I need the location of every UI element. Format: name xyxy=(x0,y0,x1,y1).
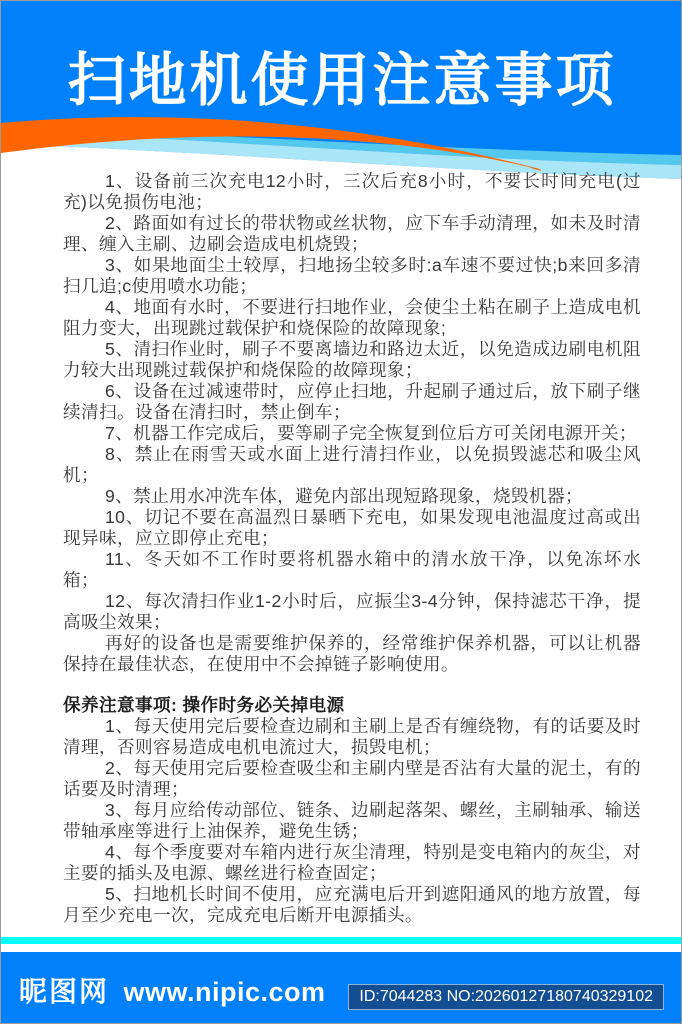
maintenance-item-2: 2、每天使用完后要检查吸尘和主刷内壁是否沾有大量的泥土，有的话要及时清理； xyxy=(63,758,641,800)
usage-item-11: 11、冬天如不工作时要将机器水箱中的清水放干净，以免冻坏水箱； xyxy=(63,549,641,591)
site-url-text: www.nipic.com xyxy=(123,977,325,1007)
watermark-bar: 昵图网 www.nipic.com ID:7044283 NO:20260127… xyxy=(1,952,682,1023)
usage-item-3: 3、如果地面尘土较厚，扫地扬尘较多时:a车速不要过快;b来回多清扫几追;c使用喷… xyxy=(63,255,641,297)
usage-item-5: 5、清扫作业时，刷子不要离墙边和路边太近，以免造成边刷电机阻力较大出现跳过载保护… xyxy=(63,339,641,381)
usage-item-4: 4、地面有水时，不要进行扫地作业，会使尘土粘在刷子上造成电机阻力变大，出现跳过载… xyxy=(63,297,641,339)
usage-item-2: 2、路面如有过长的带状物或丝状物，应下车手动清理，如未及时清理、缠入主刷、边刷会… xyxy=(63,213,641,255)
image-id-badge: ID:7044283 NO:20260127180740329102 xyxy=(348,984,664,1010)
usage-item-6: 6、设备在过减速带时，应停止扫地，升起刷子通过后，放下刷子继续清扫。设备在清扫时… xyxy=(63,381,641,423)
cyan-divider-strip xyxy=(1,937,682,944)
maintenance-item-5: 5、扫地机长时间不使用，应充满电后开到遮阳通风的地方放置，每月至少充电一次，完成… xyxy=(63,884,641,926)
maintenance-heading: 保养注意事项: 操作时务必关掉电源 xyxy=(63,695,641,716)
maintenance-item-3: 3、每月应给传动部位、链条、边刷起落架、螺丝，主刷轴承、输送带轴承座等进行上油保… xyxy=(63,800,641,842)
poster-body: 1、设备前三次充电12小时，三次后充8小时，不要长时间充电(过充)以免损伤电池；… xyxy=(63,171,641,926)
site-name-text: 昵图网 xyxy=(19,976,109,1007)
usage-item-8: 8、禁止在雨雪天或水面上进行清扫作业，以免损毁滤芯和吸尘风机； xyxy=(63,444,641,486)
usage-item-9: 9、禁止用水冲洗车体，避免内部出现短路现象，烧毁机器； xyxy=(63,486,641,507)
poster-title: 扫地机使用注意事项 xyxy=(1,49,682,113)
poster-root: 扫地机使用注意事项 1、设备前三次充电12小时，三次后充8小时，不要长时间充电(… xyxy=(0,0,682,1024)
usage-closing-note: 再好的设备也是需要维护保养的，经常维护保养机器，可以让机器保持在最佳状态，在使用… xyxy=(63,633,641,675)
usage-item-10: 10、切记不要在高温烈日暴晒下充电，如果发现电池温度过高或出现异味，应立即停止充… xyxy=(63,507,641,549)
usage-item-12: 12、每次清扫作业1-2小时后，应振尘3-4分钟，保持滤芯干净，提高吸尘效果； xyxy=(63,591,641,633)
maintenance-item-4: 4、每个季度要对车箱内进行灰尘清理，特别是变电箱内的灰尘，对主要的插头及电源、螺… xyxy=(63,842,641,884)
usage-item-7: 7、机器工作完成后，要等刷子完全恢复到位后方可关闭电源开关； xyxy=(63,423,641,444)
nipic-logo: 昵图网 www.nipic.com xyxy=(19,970,326,1010)
usage-item-1: 1、设备前三次充电12小时，三次后充8小时，不要长时间充电(过充)以免损伤电池； xyxy=(63,171,641,213)
maintenance-item-1: 1、每天使用完后要检查边刷和主刷上是否有缠绕物，有的话要及时清理，否则容易造成电… xyxy=(63,716,641,758)
